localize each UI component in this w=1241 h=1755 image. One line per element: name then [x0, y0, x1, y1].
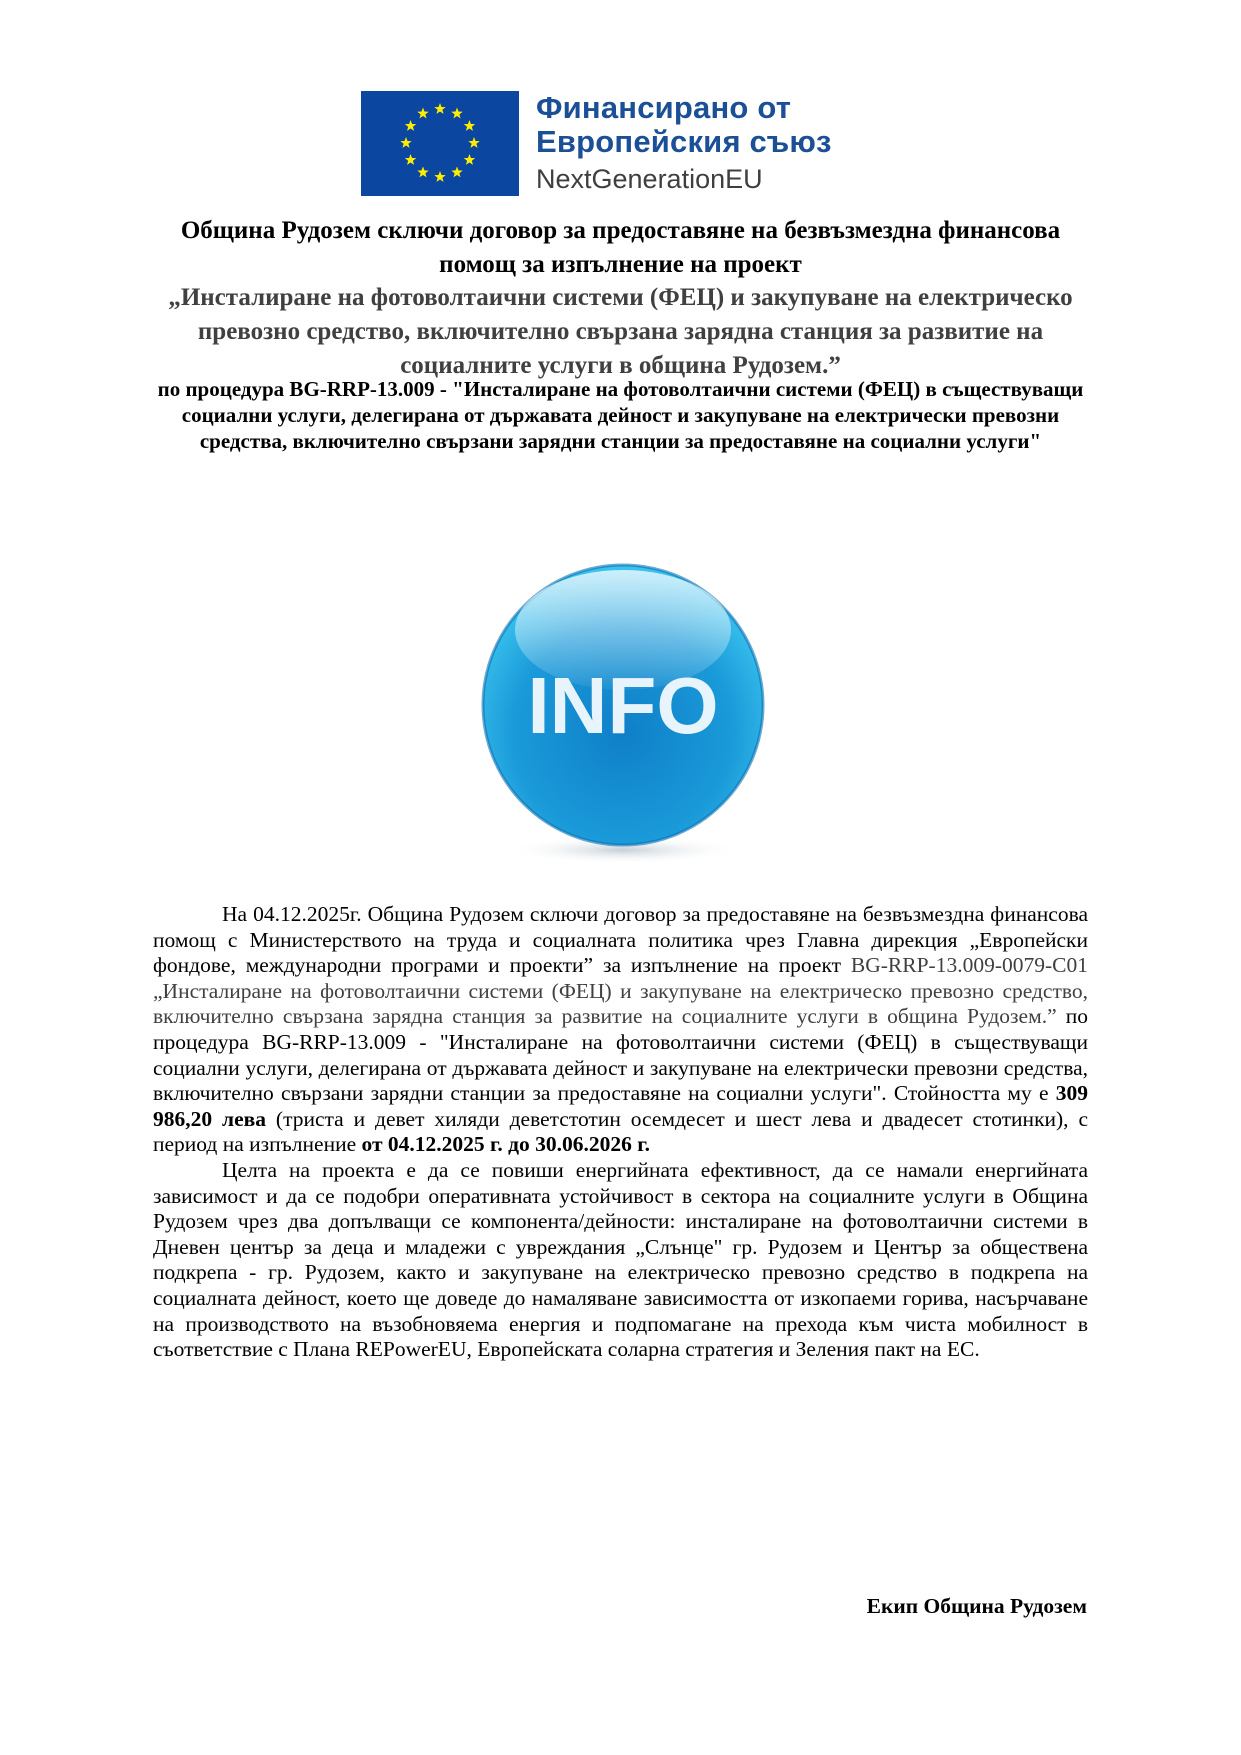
eu-flag-icon	[361, 91, 519, 196]
paragraph-goal: Целта на проекта е да се повиши енергийн…	[153, 1158, 1088, 1363]
funding-line-1: Финансирано от	[536, 91, 832, 125]
funding-line-2: Европейския съюз	[536, 125, 832, 159]
signature: Екип Община Рудозем	[867, 1594, 1087, 1619]
eu-funding-logo: Финансирано от Европейския съюз NextGene…	[361, 91, 861, 201]
paragraph-contract: На 04.12.2025г. Община Рудозем сключи до…	[153, 902, 1088, 1158]
funding-text: Финансирано от Европейския съюз NextGene…	[536, 91, 832, 197]
svg-text:INFO: INFO	[527, 661, 718, 750]
project-title: „Инсталиране на фотоволтаични системи (Ф…	[140, 281, 1101, 383]
info-sphere-icon: INFO	[458, 545, 788, 875]
project-period: от 04.12.2025 г. до 30.06.2026 г.	[362, 1132, 650, 1156]
page-title: Община Рудозем сключи договор за предост…	[140, 214, 1101, 282]
funding-program: NextGenerationEU	[536, 161, 832, 197]
article-body: На 04.12.2025г. Община Рудозем сключи до…	[153, 902, 1088, 1363]
procedure-title: по процедура BG-RRP-13.009 - "Инсталиран…	[140, 376, 1101, 454]
